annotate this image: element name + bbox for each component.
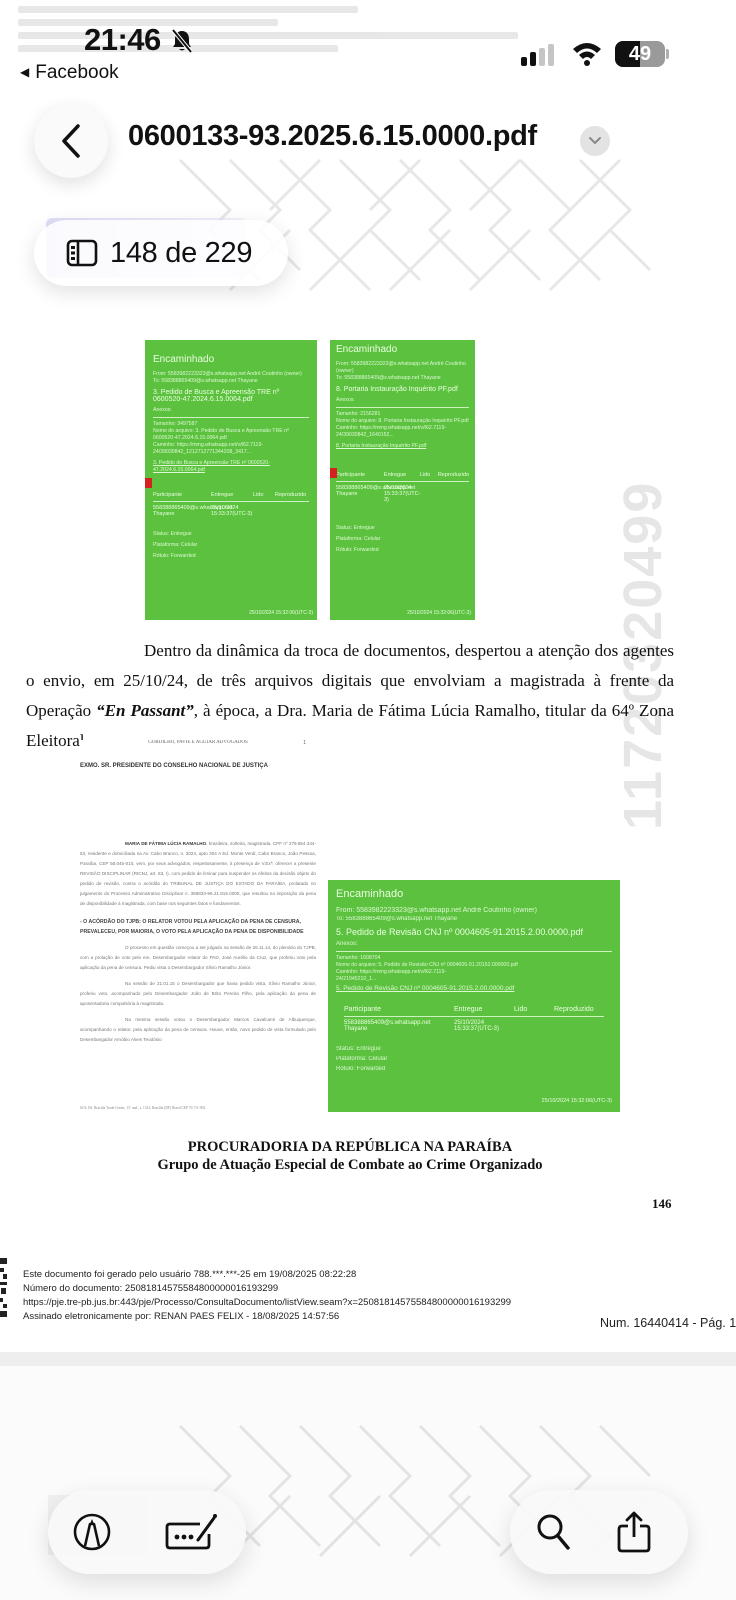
card-to: To: 558388865409@s.whatsapp.net Thayane [336,915,612,923]
card-file-title: 5. Pedido de Revisão CNJ nº 0004605-91.2… [336,927,612,937]
markup-pen-icon [72,1512,112,1552]
card-header: Encaminhado [336,344,469,355]
card-attachment-link: 8. Portaria Instauração Inquérito PF.pdf [336,443,469,450]
card-file-title: 8. Portaria Instauração Inquérito PF.pdf [336,386,469,393]
sidebar-thumbnails-icon [66,239,98,267]
markup-toolbar [48,1490,246,1574]
card-from: From: 5583982223323@s.whatsapp.net André… [336,906,612,915]
card-annex-label: Anexos: [336,941,612,948]
card-table-row: 558388865409@s.whatsapp.net Thayane 25/1… [153,505,309,517]
page-indicator-text: 148 de 229 [110,237,252,270]
card-annex-label: Anexos: [336,397,469,404]
red-marker [330,468,337,478]
pdf-page[interactable]: 11720320499 Encaminhado From: 5583982223… [0,0,736,1355]
page-footer-institution: PROCURADORIA DA REPÚBLICA NA PARAÍBA Gru… [0,1138,700,1174]
cellular-signal-icon [521,44,557,66]
status-time: 21:46 [84,22,161,58]
actions-toolbar [510,1490,688,1574]
card-header: Encaminhado [153,354,309,365]
card-table-header: Participante Entregue Lido Reproduzido [153,492,309,498]
card-timestamp: 25/10/2024 15:32:06(UTC-3) [249,610,313,616]
card-timestamp: 25/10/2024 15:32:06(UTC-3) [542,1098,612,1104]
card-from: From: 5583982223323@s.whatsapp.net André… [336,361,469,375]
wifi-icon [571,40,603,66]
card-attachment-link: 3. Pedido de Busca e Apreensão TRE nº 06… [153,460,309,474]
red-marker [145,478,152,488]
body-paragraph: Dentro da dinâmica da troca de documento… [26,636,674,756]
qr-code-strip [0,1258,7,1320]
whatsapp-forward-card-1: Encaminhado From: 5583982223323@s.whatsa… [145,340,317,620]
share-button[interactable] [610,1508,658,1556]
card-table-row: 558388865409@s.whatsapp.net Thayane 25/1… [336,485,469,503]
signature-metadata: Este documento foi gerado pelo usuário 7… [23,1268,511,1324]
back-triangle-icon: ◀ [20,65,29,79]
document-url[interactable]: https://pje.tre-pb.jus.br:443/pje/Proces… [23,1296,511,1310]
back-to-app-link[interactable]: ◀Facebook [20,62,119,84]
card-to: To: 558388865409@s.whatsapp.net Thayane [153,378,309,385]
search-icon [535,1512,573,1552]
document-title[interactable]: 0600133-93.2025.6.15.0000.pdf [128,120,537,153]
search-button[interactable] [530,1508,578,1556]
card-file-title: 3. Pedido de Busca e Apreensão TRE nº 06… [153,389,309,403]
card-table-row: 558388865409@s.whatsapp.net Thayane 25/1… [336,1020,612,1032]
card-timestamp: 25/10/2024 15:32:06(UTC-3) [407,610,471,616]
battery-tip [666,49,669,59]
card-table-header: Participante Entregue Lido Reproduzido [336,1006,612,1013]
back-button[interactable] [34,104,108,178]
page-footer-number: 146 [652,1196,672,1212]
chevron-down-icon [588,136,602,146]
document-num-page: Num. 16440414 - Pág. 1 [600,1316,736,1330]
bell-slash-icon [170,28,194,54]
card-attachment-link: 5. Pedido de Revisão CNJ nº 0004605-91.2… [336,985,612,992]
page-indicator-pill[interactable]: 148 de 229 [34,220,288,286]
signature-button[interactable] [164,1508,220,1556]
card-table-header: Participante Entregue Lido Reproduzido [336,472,469,478]
card-from: From: 5583982223323@s.whatsapp.net André… [153,371,309,378]
signature-icon [164,1512,220,1552]
share-icon [616,1510,652,1554]
card-to: To: 558388865409@s.whatsapp.net Thayane [336,375,469,382]
scanned-petition-letter: GORDILHO, PAVIE E AGUIAR ADVOGADOS 1 EXM… [80,740,316,1112]
battery-indicator: 49 [615,41,665,67]
whatsapp-forward-card-2: Encaminhado From: 5583982223323@s.whatsa… [330,340,475,620]
whatsapp-forward-card-3: Encaminhado From: 5583982223323@s.whatsa… [328,880,620,1112]
card-header: Encaminhado [336,888,612,900]
chevron-left-icon [60,123,82,159]
markup-button[interactable] [68,1508,116,1556]
card-annex-label: Anexos: [153,407,309,414]
page-separator [0,1352,736,1366]
title-menu-button[interactable] [580,126,610,156]
